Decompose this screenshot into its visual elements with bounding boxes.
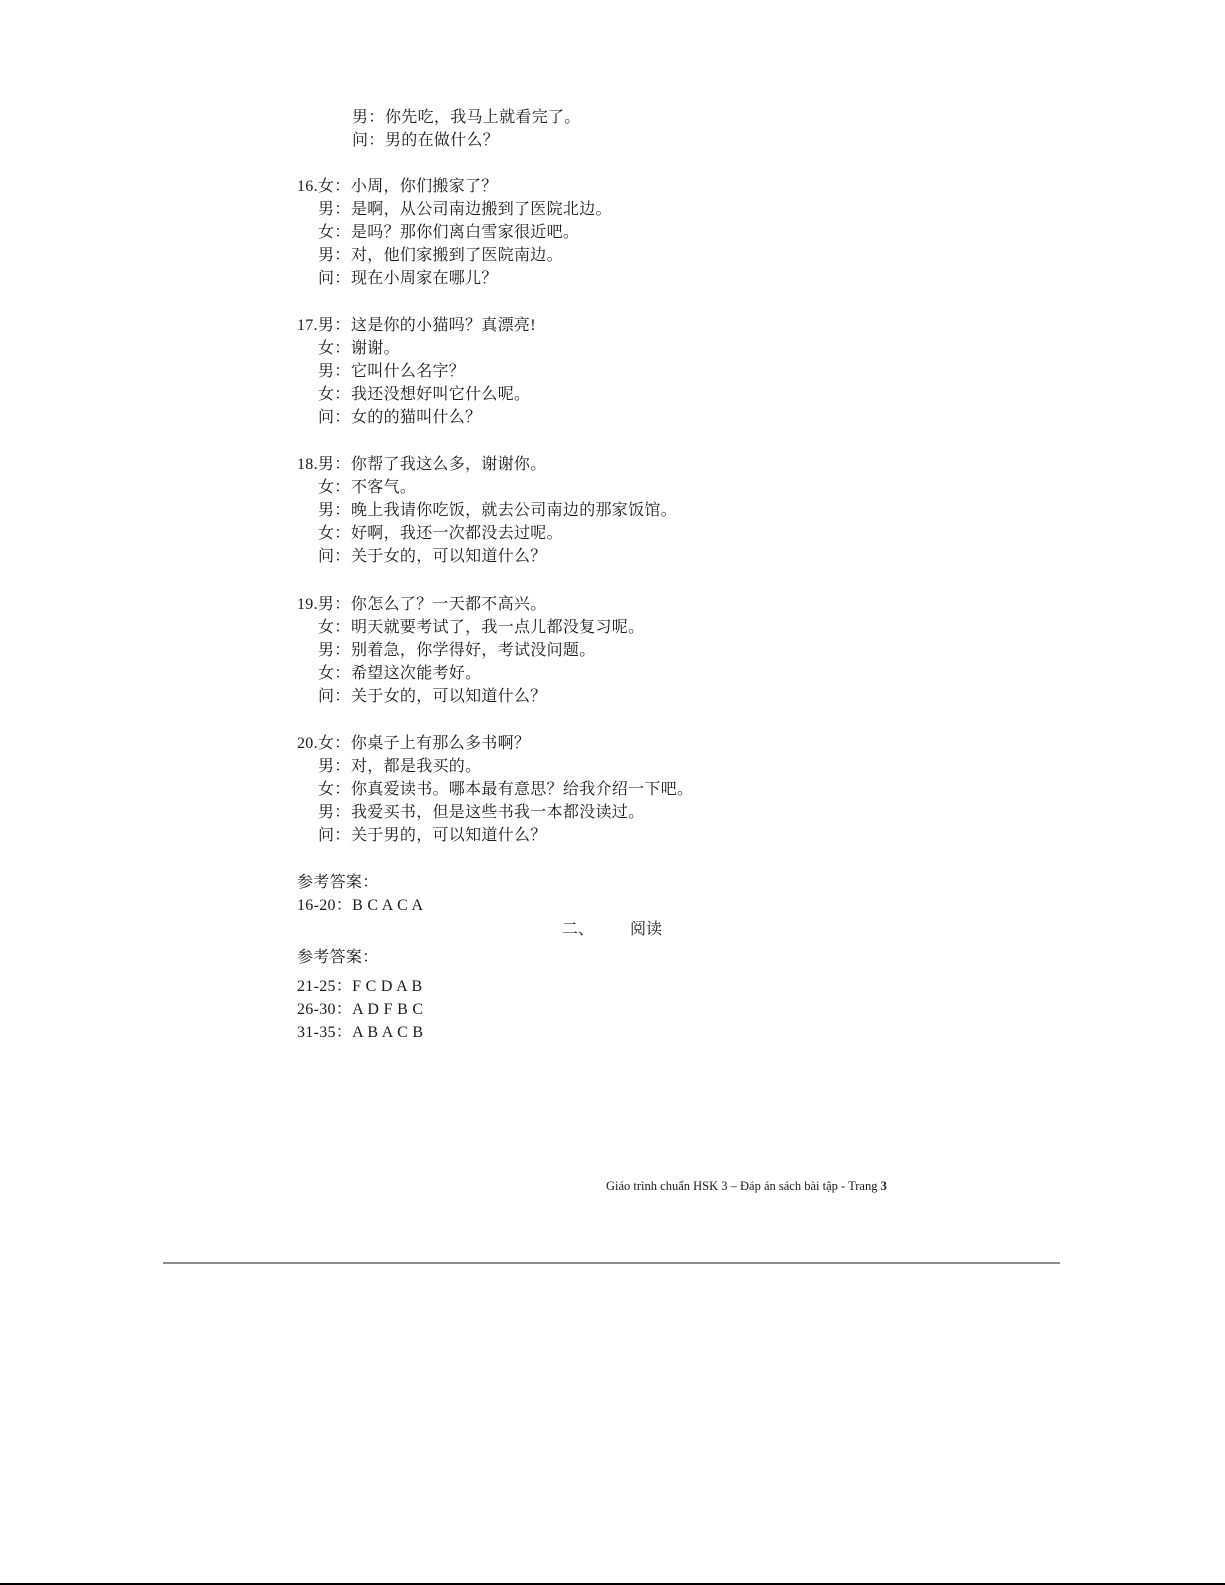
speaker-label: 男： (318, 362, 351, 382)
dialogue-text: 这是你的小猫吗？真漂亮! (351, 317, 536, 334)
dialogue-text: 你先吃，我马上就看完了。 (385, 109, 581, 126)
question-number: 20. (297, 734, 318, 754)
dialogue-text: 关于男的，可以知道什么？ (351, 827, 547, 844)
answer-row: 21-25：F C D A B (297, 977, 422, 997)
speaker-label: 女： (318, 524, 351, 544)
dialogue-text: 女的的猫叫什么？ (351, 409, 481, 426)
answer-key-label: 参考答案： (297, 948, 379, 968)
speaker-label: 女： (318, 478, 351, 498)
dialogue-line: 20.女：你桌子上有那么多书啊？ (297, 734, 530, 754)
dialogue-line: 男：你先吃，我马上就看完了。 (352, 108, 581, 128)
footer-text: Giáo trình chuẩn HSK 3 – Đáp án sách bài… (606, 1179, 881, 1193)
dialogue-text: 谢谢。 (351, 340, 400, 357)
dialogue-line: 女：希望这次能考好。 (318, 664, 481, 684)
speaker-label: 女： (318, 223, 351, 243)
dialogue-line: 女：不客气。 (318, 478, 416, 498)
dialogue-line: 问：男的在做什么？ (352, 131, 499, 151)
dialogue-text: 明天就要考试了，我一点儿都没复习呢。 (351, 619, 644, 636)
speaker-label: 问： (318, 547, 351, 567)
dialogue-line: 16.女：小周，你们搬家了？ (297, 177, 498, 197)
answer-range: 16-20： (297, 897, 352, 914)
dialogue-line: 男：它叫什么名字？ (318, 362, 465, 382)
speaker-label: 男： (318, 501, 351, 521)
dialogue-line: 问：现在小周家在哪儿？ (318, 269, 498, 289)
speaker-label: 男： (318, 455, 351, 475)
answer-values: A D F B C (352, 1001, 423, 1018)
answer-range: 26-30： (297, 1001, 352, 1018)
dialogue-line: 男：晚上我请你吃饭，就去公司南边的那家饭馆。 (318, 501, 677, 521)
dialogue-line: 女：是吗？那你们离白雪家很近吧。 (318, 223, 579, 243)
dialogue-text: 我还没想好叫它什么呢。 (351, 386, 530, 403)
dialogue-text: 男的在做什么？ (385, 132, 499, 149)
speaker-label: 女： (318, 664, 351, 684)
section-title: 阅读 (630, 921, 662, 938)
dialogue-line: 问：关于女的，可以知道什么？ (318, 547, 547, 567)
dialogue-line: 18.男：你帮了我这么多，谢谢你。 (297, 455, 547, 475)
speaker-label: 男： (318, 246, 351, 266)
answer-values: A B A C B (352, 1024, 423, 1041)
answer-row: 26-30：A D F B C (297, 1000, 423, 1020)
section-number: 二、 (562, 921, 594, 938)
dialogue-text: 我爱买书，但是这些书我一本都没读过。 (351, 804, 644, 821)
speaker-label: 女： (318, 734, 351, 754)
dialogue-text: 别着急，你学得好，考试没问题。 (351, 642, 596, 659)
dialogue-text: 对，他们家搬到了医院南边。 (351, 247, 563, 264)
dialogue-text: 对，都是我买的。 (351, 758, 481, 775)
document-page: 男：你先吃，我马上就看完了。 问：男的在做什么？ 16.女：小周，你们搬家了？ … (0, 0, 1225, 1585)
dialogue-line: 男：对，都是我买的。 (318, 757, 481, 777)
dialogue-text: 不客气。 (351, 479, 416, 496)
answer-row: 31-35：A B A C B (297, 1023, 423, 1043)
speaker-label: 问： (318, 687, 351, 707)
question-number: 18. (297, 455, 318, 475)
page-footer: Giáo trình chuẩn HSK 3 – Đáp án sách bài… (606, 1178, 887, 1194)
question-number: 19. (297, 595, 318, 615)
dialogue-text: 关于女的，可以知道什么？ (351, 548, 547, 565)
dialogue-text: 好啊，我还一次都没去过呢。 (351, 525, 563, 542)
answer-range: 21-25： (297, 978, 352, 995)
speaker-label: 男： (318, 595, 351, 615)
dialogue-line: 女：明天就要考试了，我一点儿都没复习呢。 (318, 618, 644, 638)
dialogue-line: 男：别着急，你学得好，考试没问题。 (318, 641, 596, 661)
page-number: 3 (881, 1179, 887, 1193)
dialogue-line: 男：对，他们家搬到了医院南边。 (318, 246, 563, 266)
dialogue-line: 男：是啊，从公司南边搬到了医院北边。 (318, 200, 612, 220)
answer-key-label: 参考答案： (297, 873, 379, 893)
dialogue-text: 小周，你们搬家了？ (351, 178, 498, 195)
dialogue-line: 男：我爱买书，但是这些书我一本都没读过。 (318, 803, 644, 823)
dialogue-line: 女：好啊，我还一次都没去过呢。 (318, 524, 563, 544)
page-divider (163, 1262, 1060, 1264)
speaker-label: 问： (318, 269, 351, 289)
dialogue-text: 你桌子上有那么多书啊？ (351, 735, 530, 752)
speaker-label: 问： (352, 131, 385, 151)
answer-row: 16-20：B C A C A (297, 896, 423, 916)
dialogue-line: 问：女的的猫叫什么？ (318, 408, 481, 428)
dialogue-line: 问：关于女的，可以知道什么？ (318, 687, 547, 707)
dialogue-text: 希望这次能考好。 (351, 665, 481, 682)
speaker-label: 女： (318, 177, 351, 197)
speaker-label: 问： (318, 826, 351, 846)
dialogue-text: 关于女的，可以知道什么？ (351, 688, 547, 705)
dialogue-line: 19.男：你怎么了？一天都不高兴。 (297, 595, 547, 615)
dialogue-line: 17.男：这是你的小猫吗？真漂亮! (297, 316, 536, 336)
answer-values: B C A C A (352, 897, 423, 914)
dialogue-text: 你帮了我这么多，谢谢你。 (351, 456, 547, 473)
speaker-label: 男： (318, 803, 351, 823)
speaker-label: 女： (318, 385, 351, 405)
dialogue-text: 是吗？那你们离白雪家很近吧。 (351, 224, 579, 241)
dialogue-text: 你真爱读书。哪本最有意思？给我介绍一下吧。 (351, 781, 693, 798)
speaker-label: 女： (318, 618, 351, 638)
dialogue-line: 女：你真爱读书。哪本最有意思？给我介绍一下吧。 (318, 780, 693, 800)
question-number: 16. (297, 177, 318, 197)
question-number: 17. (297, 316, 318, 336)
answer-range: 31-35： (297, 1024, 352, 1041)
dialogue-text: 它叫什么名字？ (351, 363, 465, 380)
speaker-label: 问： (318, 408, 351, 428)
speaker-label: 女： (318, 780, 351, 800)
dialogue-text: 你怎么了？一天都不高兴。 (351, 596, 547, 613)
dialogue-line: 女：我还没想好叫它什么呢。 (318, 385, 530, 405)
dialogue-text: 现在小周家在哪儿？ (351, 270, 498, 287)
speaker-label: 男： (318, 316, 351, 336)
answer-values: F C D A B (352, 978, 422, 995)
speaker-label: 女： (318, 339, 351, 359)
speaker-label: 男： (318, 200, 351, 220)
dialogue-text: 是啊，从公司南边搬到了医院北边。 (351, 201, 612, 218)
dialogue-text: 晚上我请你吃饭，就去公司南边的那家饭馆。 (351, 502, 677, 519)
section-heading: 二、阅读 (562, 920, 662, 940)
speaker-label: 男： (318, 641, 351, 661)
dialogue-line: 女：谢谢。 (318, 339, 400, 359)
dialogue-line: 问：关于男的，可以知道什么？ (318, 826, 547, 846)
speaker-label: 男： (318, 757, 351, 777)
speaker-label: 男： (352, 108, 385, 128)
